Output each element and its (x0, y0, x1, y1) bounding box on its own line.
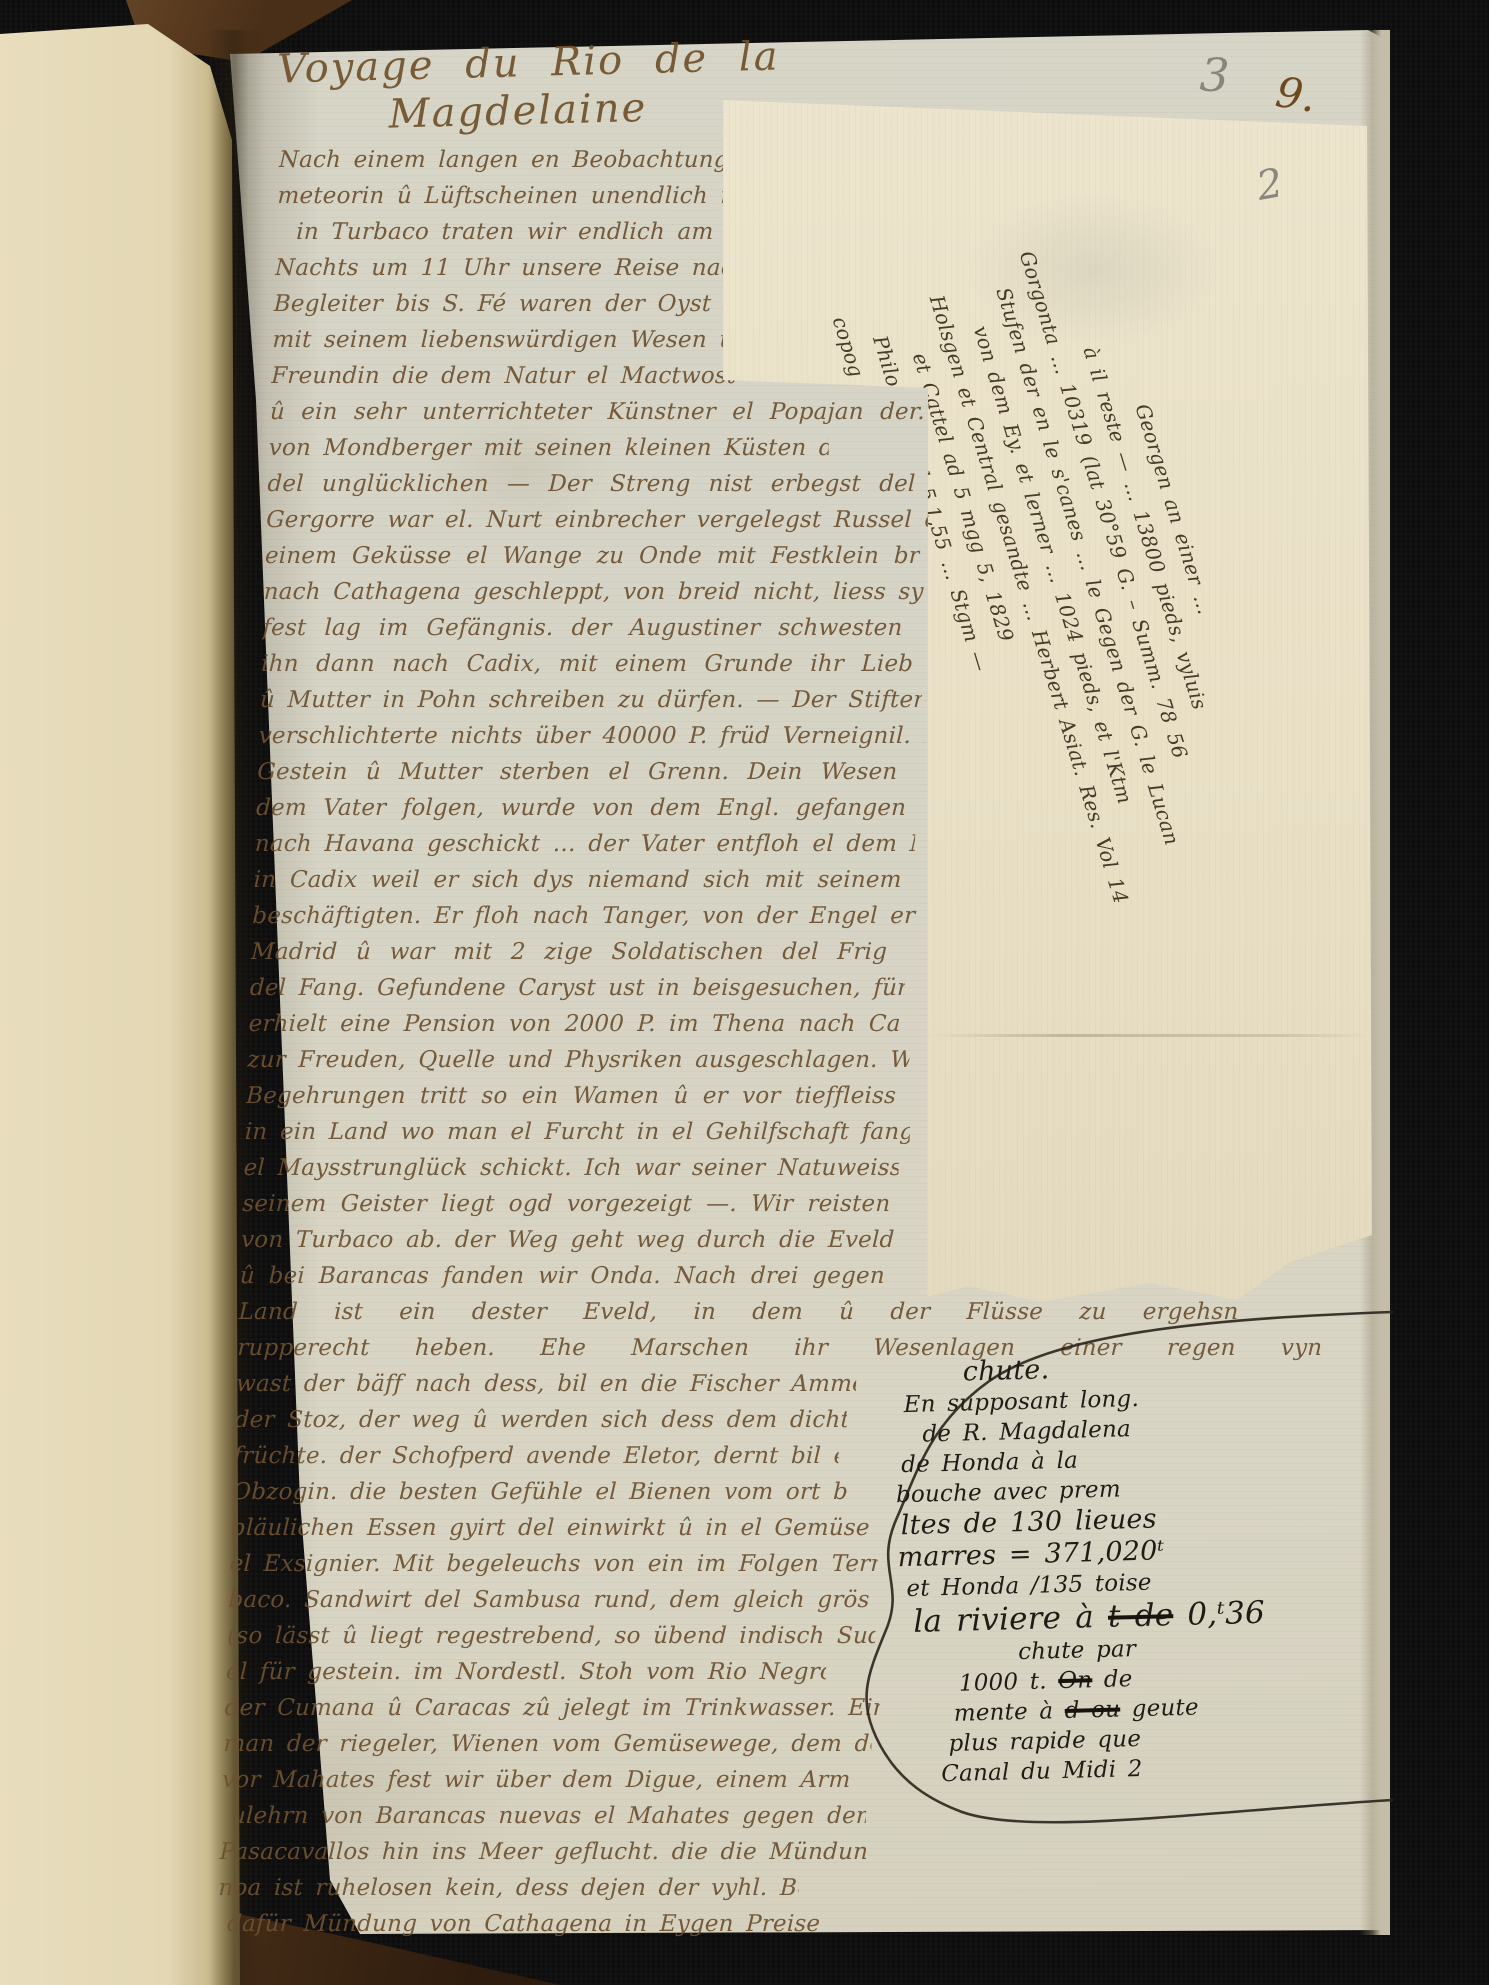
slip-crease (928, 1034, 1372, 1037)
slip-pencil-number: 2 (1253, 160, 1286, 210)
note-text-segment: chute par (1018, 1636, 1137, 1665)
margin-note: chute. En supposant long. de R. Magdalen… (892, 1346, 1383, 1790)
note-text-segment: plus rapide que (948, 1726, 1141, 1757)
note-text-segment: de R. Magdalena (922, 1416, 1131, 1447)
note-text-segment: En supposant long. (903, 1386, 1139, 1418)
note-text-segment: geute (1120, 1694, 1199, 1722)
note-struck-segment: On (1058, 1667, 1093, 1694)
note-text-segment: 0,ᵗ36 (1173, 1595, 1266, 1633)
note-text-segment: de Honda à la (901, 1448, 1078, 1479)
manuscript-scan: Voyage du Rio de la Magdelaine 3 9. Nach… (0, 0, 1489, 1985)
note-text-segment: mente à (953, 1698, 1065, 1727)
note-struck-segment: t de (1108, 1597, 1174, 1635)
note-text-segment: et Honda /135 toise (906, 1570, 1152, 1602)
note-text-segment: de (1092, 1666, 1133, 1693)
note-text-segment: 1000 t. (959, 1668, 1059, 1697)
note-text-segment: chute. (962, 1354, 1049, 1387)
note-struck-segment: d ou (1064, 1697, 1120, 1724)
note-text-segment: bouche avec prem (896, 1476, 1121, 1508)
note-text-segment: Canal du Midi 2 (941, 1756, 1143, 1787)
note-text-segment: la riviere à (913, 1599, 1109, 1640)
